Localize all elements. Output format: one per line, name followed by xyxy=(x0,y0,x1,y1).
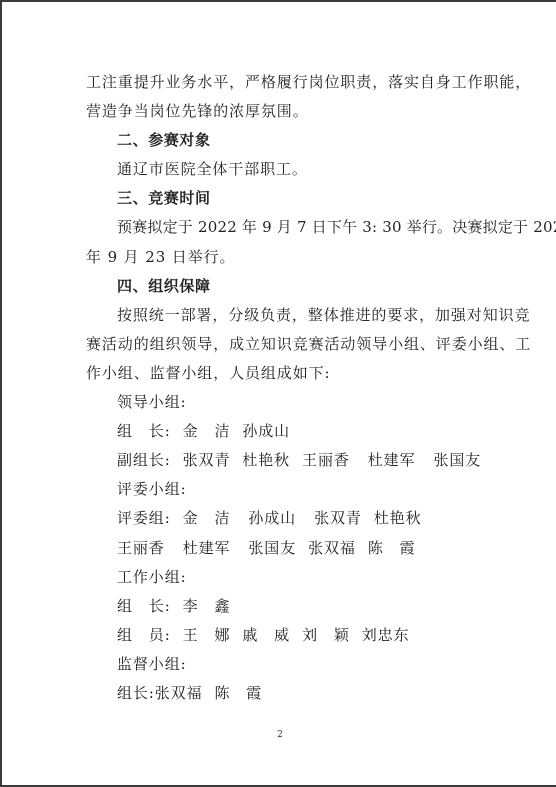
person-name: 张国友 xyxy=(248,539,296,557)
intro-line-1: 工注重提升业务水平，严格履行岗位职责，落实自身工作职能， xyxy=(86,68,472,97)
supervision-group-title: 监督小组: xyxy=(86,650,472,679)
person-name: 杜艳秋 xyxy=(374,509,422,527)
judges-group-title: 评委小组: xyxy=(86,475,472,504)
judges-label: 评委组: xyxy=(117,509,171,527)
person-name: 杜艳秋 xyxy=(242,451,290,469)
person-name: 王 娜 xyxy=(183,626,231,644)
leader-label: 组 长: xyxy=(117,422,171,440)
leader-label: 组长: xyxy=(117,684,155,702)
person-name: 刘 颖 xyxy=(302,626,350,644)
supervision-leader-row: 组长:张双福陈 霞 xyxy=(86,679,472,708)
leader-label: 组 长: xyxy=(117,597,171,615)
judges-row-2: 王丽香杜建军张国友张双福陈 霞 xyxy=(86,534,472,563)
person-name: 张双福 xyxy=(308,539,356,557)
organization-line-3: 作小组、监督小组，人员组成如下: xyxy=(86,359,472,388)
leadership-group-title: 领导小组: xyxy=(86,388,472,417)
person-name: 金 洁 xyxy=(183,509,231,527)
working-members-row: 组 员:王 娜戚 威刘 颖刘忠东 xyxy=(86,621,472,650)
person-name: 张双青 xyxy=(314,509,362,527)
section-heading-schedule: 三、竞赛时间 xyxy=(86,184,472,213)
judges-row-1: 评委组:金 洁孙成山张双青杜艳秋 xyxy=(86,504,472,533)
person-name: 张国友 xyxy=(433,451,481,469)
person-name: 王丽香 xyxy=(302,451,350,469)
person-name: 戚 威 xyxy=(242,626,290,644)
person-name: 陈 霞 xyxy=(368,539,416,557)
intro-line-2: 营造争当岗位先锋的浓厚氛围。 xyxy=(86,97,472,126)
document-page: 工注重提升业务水平，严格履行岗位职责，落实自身工作职能， 营造争当岗位先锋的浓厚… xyxy=(86,68,472,708)
schedule-line-2: 年 9 月 23 日举行。 xyxy=(86,243,472,272)
person-name: 杜建军 xyxy=(183,539,231,557)
organization-line-1: 按照统一部署，分级负责，整体推进的要求，加强对知识竞 xyxy=(86,301,472,330)
person-name: 陈 霞 xyxy=(214,684,262,702)
person-name: 杜建军 xyxy=(368,451,416,469)
person-name: 金 洁 xyxy=(183,422,231,440)
person-name: 刘忠东 xyxy=(362,626,410,644)
schedule-line-1: 预赛拟定于 2022 年 9 月 7 日下午 3: 30 举行。决赛拟定于 20… xyxy=(86,213,472,242)
working-group-title: 工作小组: xyxy=(86,563,472,592)
deputy-label: 副组长: xyxy=(117,451,171,469)
person-name: 张双青 xyxy=(183,451,231,469)
organization-line-2: 赛活动的组织领导，成立知识竞赛活动领导小组、评委小组、工 xyxy=(86,330,472,359)
person-name: 孙成山 xyxy=(242,422,290,440)
leadership-leader-row: 组 长:金 洁孙成山 xyxy=(86,417,472,446)
participants-text: 通辽市医院全体干部职工。 xyxy=(86,155,472,184)
section-heading-organization: 四、组织保障 xyxy=(86,272,472,301)
members-label: 组 员: xyxy=(117,626,171,644)
person-name: 李 鑫 xyxy=(183,597,231,615)
page-number: 2 xyxy=(2,730,556,740)
section-heading-participants: 二、参赛对象 xyxy=(86,126,472,155)
person-name: 孙成山 xyxy=(248,509,296,527)
working-leader-row: 组 长:李 鑫 xyxy=(86,592,472,621)
leadership-deputy-row: 副组长:张双青杜艳秋王丽香杜建军张国友 xyxy=(86,446,472,475)
person-name: 王丽香 xyxy=(117,539,165,557)
person-name: 张双福 xyxy=(155,684,203,702)
